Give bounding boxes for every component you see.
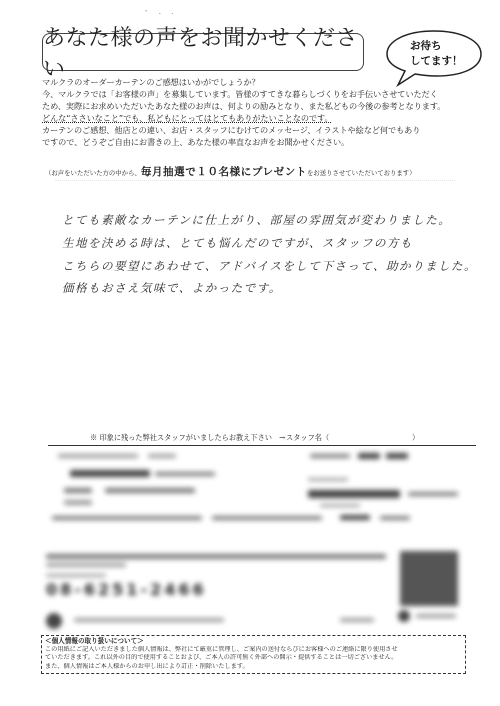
- staff-prompt: ※ 印象に残った弊社スタッフがいましたらお教え下さい →: [90, 433, 285, 443]
- staff-name-field[interactable]: [340, 432, 414, 445]
- privacy-line: この用紙にご記入いただきました個人情報は、弊社にて厳重に管理し、ご案内の送付なら…: [45, 646, 462, 655]
- privacy-line: ていただきます。これ以外の目的で使用することおよび、ご本人の許可無く外部への開示…: [45, 654, 462, 663]
- comment-line: とても素敵なカーテンに仕上がり、部屋の雰囲気が変わりました。: [62, 209, 462, 232]
- lottery-suffix: をお送りさせていただいております）: [307, 169, 416, 177]
- privacy-notice: ＜個人情報の取り扱いについて＞ この用紙にご記入いただきました個人情報は、弊社に…: [41, 635, 466, 674]
- staff-name-close: ）: [412, 433, 419, 443]
- intro-line: ため、実際にお求めいただいたあなた様のお声は、何よりの励みとなり、また私どもの今…: [42, 100, 482, 112]
- lottery-prefix: （お声をいただいた方の中から、: [45, 169, 141, 177]
- intro-line-emphasis: どんな“ささいなこと”でも、私どもにとってはとてもありがたいことなのです。: [42, 112, 482, 124]
- comment-line: こちらの要望にあわせて、アドバイスをして下さって、助かりました。: [62, 255, 462, 278]
- bubble-line-1: お待ち: [410, 39, 463, 54]
- form-title: あなた様の声をお聞かせください: [43, 21, 363, 83]
- staff-name-label: スタッフ名（: [286, 433, 329, 443]
- scan-specks: ﾞ · ·: [145, 9, 177, 19]
- qr-code: [400, 551, 458, 606]
- privacy-title: ＜個人情報の取り扱いについて＞: [45, 637, 462, 646]
- blurred-contact-section: 08-6251-2466: [40, 448, 480, 633]
- comment-line: 生地を決める時は、とても悩んだのですが、スタッフの方も: [62, 232, 462, 255]
- handwritten-comment: とても素敵なカーテンに仕上がり、部屋の雰囲気が変わりました。 生地を決める時は、…: [62, 209, 462, 300]
- staff-name-row: ※ 印象に残った弊社スタッフがいましたらお教え下さい → スタッフ名（ ）: [48, 431, 476, 446]
- bubble-text: お待ち してます！: [410, 39, 463, 69]
- lottery-highlight: 毎月抽選で１０名様にプレゼント: [141, 166, 307, 178]
- comment-line: 価格もおさえ気味で、よかったです。: [62, 277, 462, 300]
- intro-line: ですので、どうぞご自由にお書きの上、あなた様の率直なお声をお聞かせください。: [42, 136, 482, 148]
- phone-number: 08-6251-2466: [46, 580, 207, 599]
- intro-line: カーテンのご感想、他店との違い、お店・スタッフにむけてのメッセージ、イラストや絵…: [42, 124, 482, 136]
- intro-text: マルクラのオーダーカーテンのご感想はいかがでしょうか？ 今、マルクラでは「お客様…: [42, 76, 482, 149]
- privacy-line: また、個人情報はご本人様からのお申し出により訂正・削除いたします。: [45, 663, 462, 672]
- bubble-line-2: してます！: [410, 54, 463, 69]
- qr-caption-icon: [398, 610, 410, 622]
- form-title-box: あなた様の声をお聞かせください: [42, 33, 364, 71]
- intro-line: マルクラのオーダーカーテンのご感想はいかがでしょうか？: [42, 76, 482, 88]
- lottery-notice: （お声をいただいた方の中から、毎月抽選で１０名様にプレゼントをお送りさせていただ…: [45, 160, 416, 179]
- intro-line: 今、マルクラでは「お客様の声」を募集しています。皆様のすてきな暮らしづくりをお手…: [42, 88, 482, 100]
- writing-area-top-line: [55, 180, 455, 183]
